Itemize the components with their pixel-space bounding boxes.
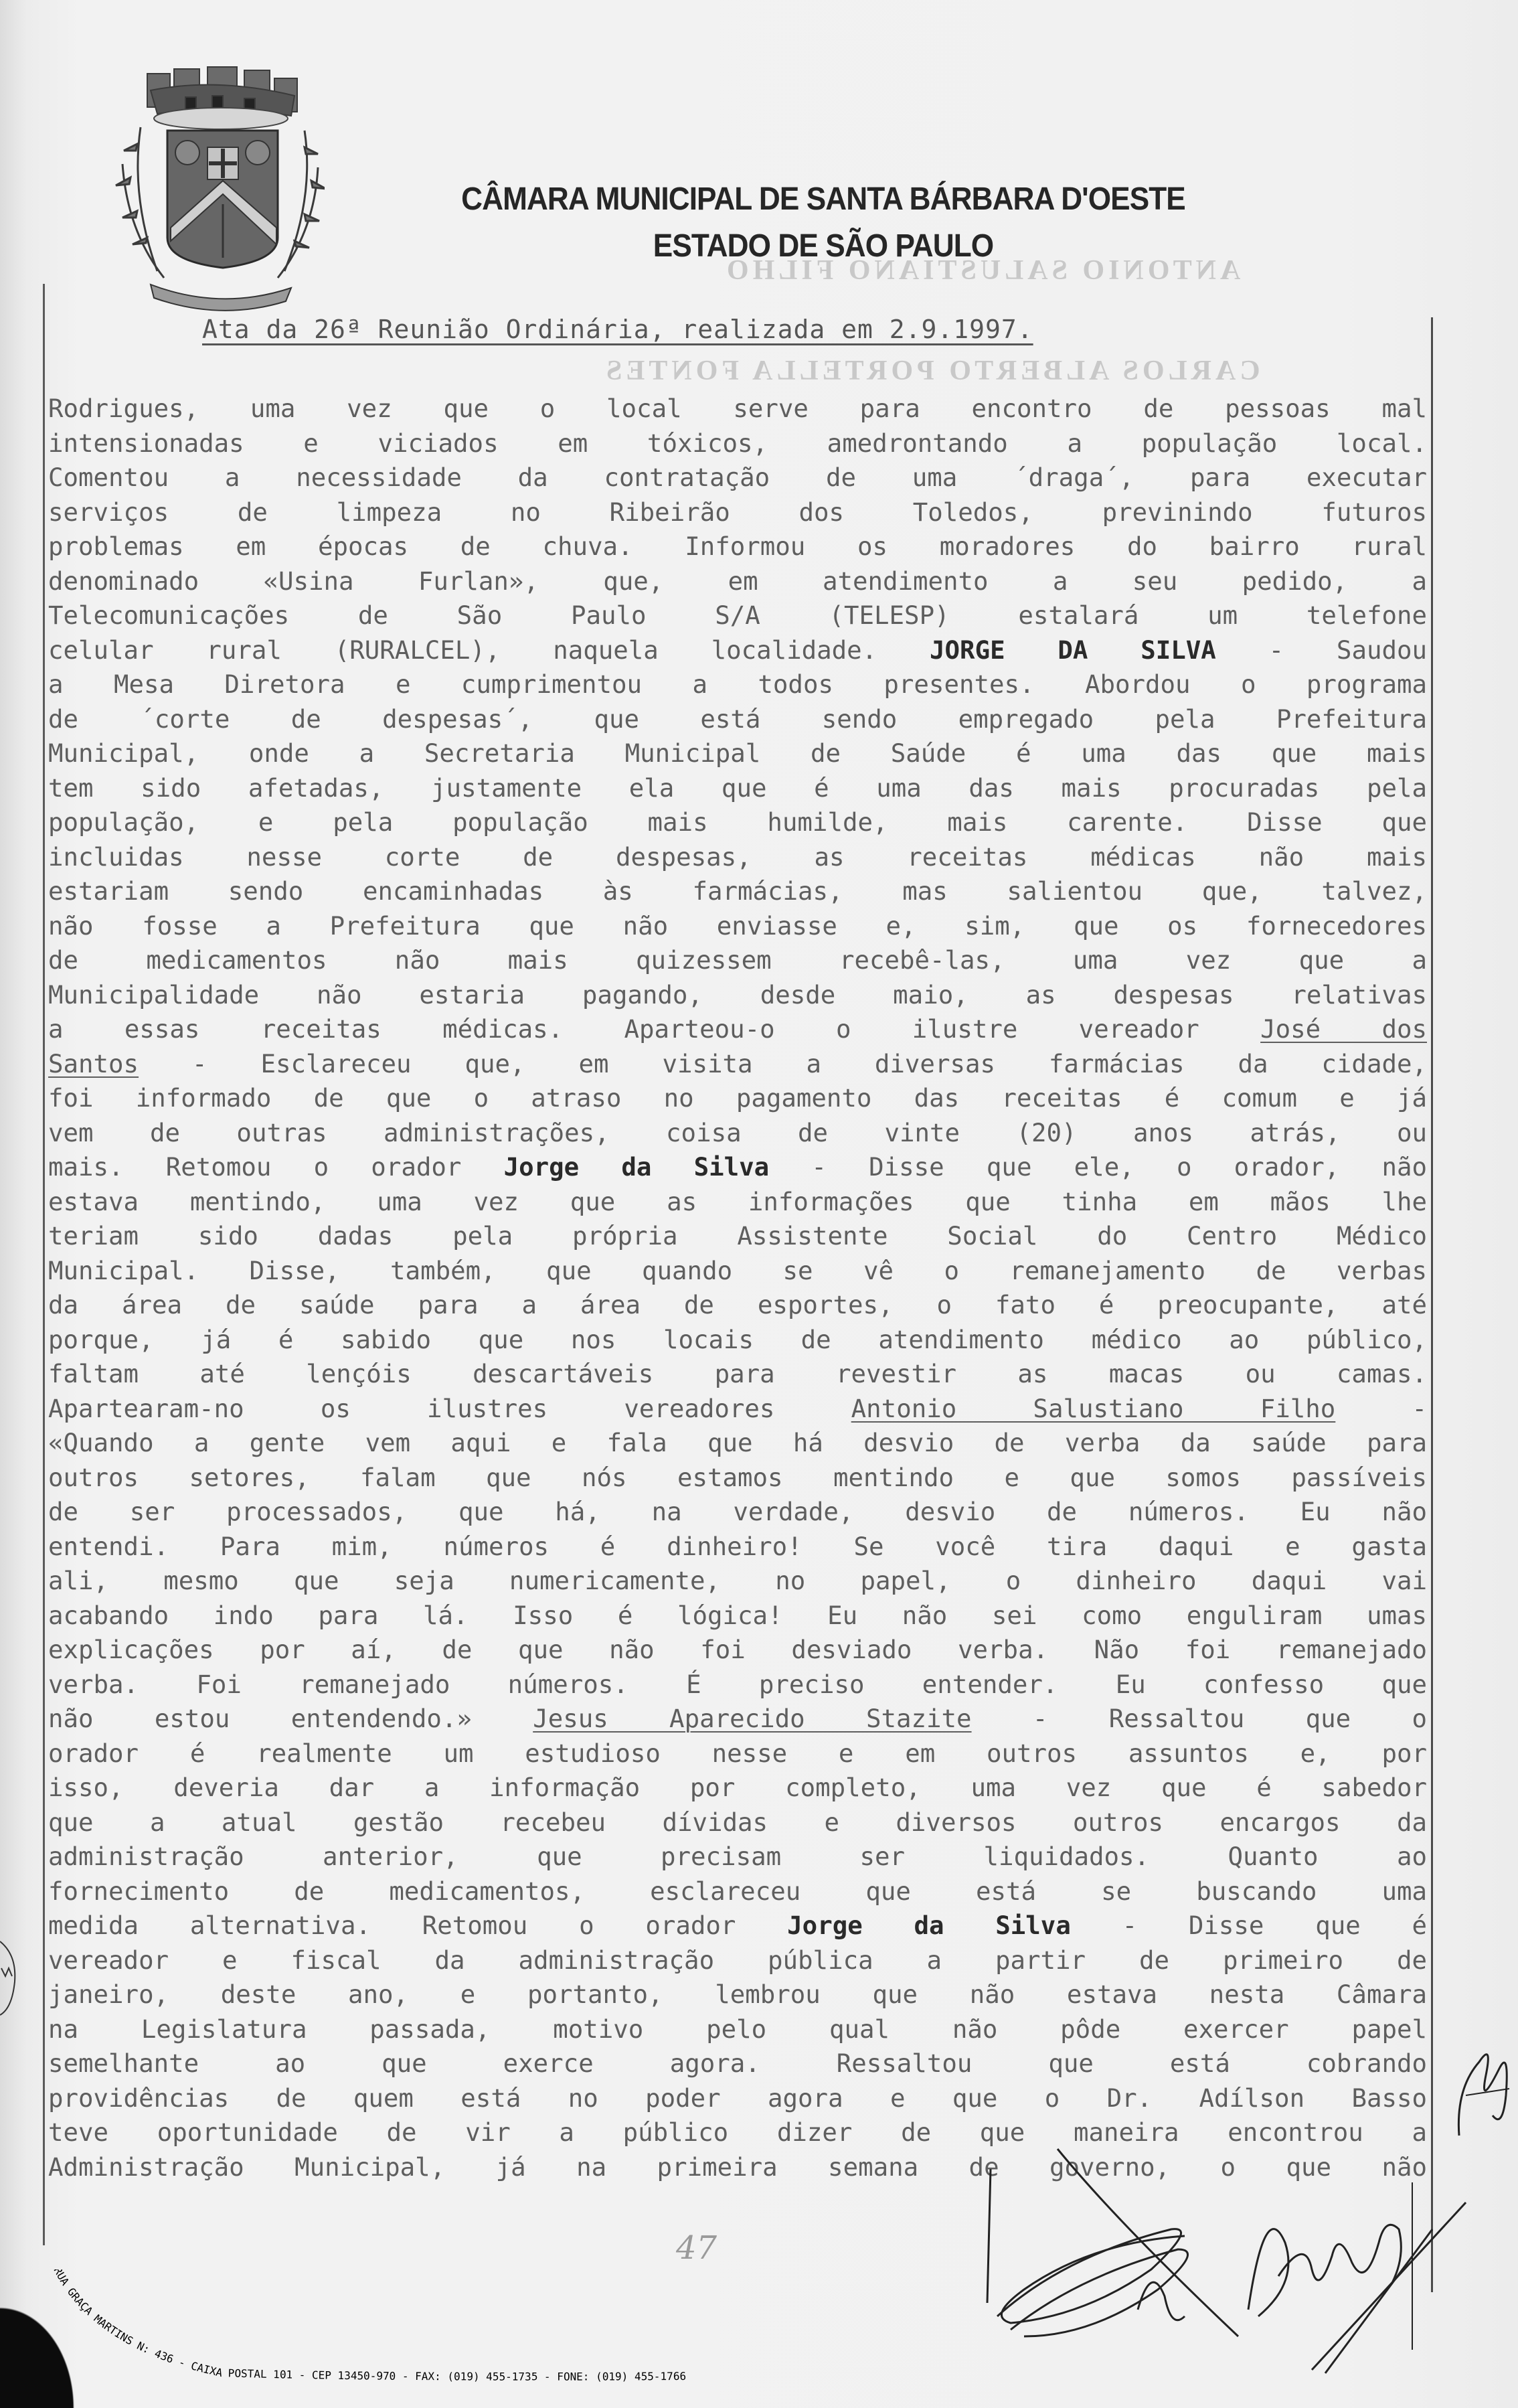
text-segment: vem de outras administrações, coisa de v…	[48, 1118, 1427, 1147]
text-segment: Municipal. Disse, também, que quando se …	[48, 1256, 1427, 1285]
text-line: outros setores, falam que nós estamos me…	[48, 1461, 1427, 1496]
text-segment: faltam até lençóis descartáveis para rev…	[48, 1359, 1427, 1388]
text-line: Telecomunicações de São Paulo S/A (TELES…	[48, 598, 1427, 633]
text-line: Santos - Esclareceu que, em visita a div…	[48, 1047, 1427, 1082]
text-segment: medida alternativa. Retomou o orador	[48, 1911, 787, 1940]
text-line: porque, já é sabido que nos locais de at…	[48, 1323, 1427, 1358]
coat-of-arms-icon	[110, 64, 325, 318]
councilor-name: Antonio Salustiano Filho	[851, 1394, 1336, 1423]
councilor-name: Santos	[48, 1049, 139, 1078]
text-line: celular rural (RURALCEL), naquela locali…	[48, 633, 1427, 668]
text-line: teriam sido dadas pela própria Assistent…	[48, 1219, 1427, 1254]
organization-name: CÂMARA MUNICIPAL DE SANTA BÁRBARA D'OEST…	[435, 181, 1211, 218]
text-line: Comentou a necessidade da contratação de…	[48, 461, 1427, 495]
text-line: ali, mesmo que seja numericamente, no pa…	[48, 1564, 1427, 1599]
footer-address-text: RUA GRAÇA MARTINS N: 436 - CAIXA POSTAL …	[54, 2269, 686, 2383]
text-segment: a essas receitas médicas. Aparteou-o o i…	[48, 1014, 1260, 1044]
text-segment: -	[1335, 1394, 1427, 1423]
text-line: de ser processados, que há, na verdade, …	[48, 1495, 1427, 1530]
text-line: Municipalidade não estaria pagando, desd…	[48, 978, 1427, 1013]
text-line: tem sido afetadas, justamente ela que é …	[48, 771, 1427, 806]
text-line: Rodrigues, uma vez que o local serve par…	[48, 392, 1427, 426]
text-line: vem de outras administrações, coisa de v…	[48, 1116, 1427, 1151]
document-title: Ata da 26ª Reunião Ordinária, realizada …	[202, 315, 1033, 344]
text-segment: - Disse que é	[1071, 1911, 1427, 1940]
text-segment: problemas em épocas de chuva. Informou o…	[48, 532, 1427, 561]
text-line: da área de saúde para a área de esportes…	[48, 1288, 1427, 1323]
text-line: população, e pela população mais humilde…	[48, 805, 1427, 840]
frame-border-left	[43, 284, 45, 2245]
text-line: foi informado de que o atraso no pagamen…	[48, 1081, 1427, 1116]
bleed-through-text: ANTONIO SALUSTIANO FILHO	[723, 254, 1240, 287]
text-segment: foi informado de que o atraso no pagamen…	[48, 1083, 1427, 1113]
text-segment: ali, mesmo que seja numericamente, no pa…	[48, 1566, 1427, 1595]
text-line: intensionadas e viciados em tóxicos, ame…	[48, 426, 1427, 461]
text-segment: teriam sido dadas pela própria Assistent…	[48, 1221, 1427, 1251]
text-segment: Municipal, onde a Secretaria Municipal d…	[48, 738, 1427, 768]
text-segment: acabando indo para lá. Isso é lógica! Eu…	[48, 1601, 1427, 1630]
text-segment: intensionadas e viciados em tóxicos, ame…	[48, 428, 1427, 458]
text-line: teve oportunidade de vir a público dizer…	[48, 2115, 1427, 2150]
text-line: mais. Retomou o orador Jorge da Silva - …	[48, 1150, 1427, 1185]
text-segment: isso, deveria dar a informação por compl…	[48, 1773, 1427, 1802]
text-line: não estou entendendo.» Jesus Aparecido S…	[48, 1702, 1427, 1737]
text-line: que a atual gestão recebeu dívidas e div…	[48, 1805, 1427, 1840]
text-line: de medicamentos não mais quizessem receb…	[48, 943, 1427, 978]
text-line: «Quando a gente vem aqui e fala que há d…	[48, 1426, 1427, 1461]
councilor-name: José dos	[1260, 1014, 1427, 1044]
speaker-name: Jorge da Silva	[504, 1152, 770, 1182]
text-line: vereador e fiscal da administração públi…	[48, 1943, 1427, 1978]
text-segment: Telecomunicações de São Paulo S/A (TELES…	[48, 600, 1427, 630]
text-line: não fosse a Prefeitura que não enviasse …	[48, 909, 1427, 944]
text-segment: orador é realmente um estudioso nesse e …	[48, 1739, 1427, 1768]
text-segment: tem sido afetadas, justamente ela que é …	[48, 773, 1427, 803]
text-segment: de medicamentos não mais quizessem receb…	[48, 945, 1427, 975]
text-segment: verba. Foi remanejado números. É preciso…	[48, 1670, 1427, 1699]
scan-corner-shadow	[0, 2281, 94, 2408]
councilor-name: Jesus Aparecido Stazite	[533, 1704, 971, 1733]
text-line: orador é realmente um estudioso nesse e …	[48, 1737, 1427, 1771]
footer-address: RUA GRAÇA MARTINS N: 436 - CAIXA POSTAL …	[54, 2269, 1459, 2403]
text-segment: denominado «Usina Furlan», que, em atend…	[48, 566, 1427, 596]
text-segment: outros setores, falam que nós estamos me…	[48, 1463, 1427, 1492]
text-line: fornecimento de medicamentos, esclareceu…	[48, 1874, 1427, 1909]
text-segment: Comentou a necessidade da contratação de…	[48, 463, 1427, 492]
text-segment: que a atual gestão recebeu dívidas e div…	[48, 1808, 1427, 1837]
bleed-through-text: CARLOS ALBERTO PORTELLA FONTES	[602, 355, 1260, 387]
text-line: incluidas nesse corte de despesas, as re…	[48, 840, 1427, 875]
text-segment: não fosse a Prefeitura que não enviasse …	[48, 911, 1427, 941]
text-segment: entendi. Para mim, números é dinheiro! S…	[48, 1532, 1427, 1561]
text-segment: incluidas nesse corte de despesas, as re…	[48, 842, 1427, 872]
text-line: isso, deveria dar a informação por compl…	[48, 1771, 1427, 1805]
speaker-name: Jorge da Silva	[787, 1911, 1071, 1940]
text-segment: de ´corte de despesas´, que está sendo e…	[48, 704, 1427, 734]
text-line: providências de quem está no poder agora…	[48, 2081, 1427, 2116]
text-line: Municipal, onde a Secretaria Municipal d…	[48, 736, 1427, 771]
text-segment: estariam sendo encaminhadas às farmácias…	[48, 876, 1427, 906]
text-line: Administração Municipal, já na primeira …	[48, 2150, 1427, 2185]
text-segment: - Disse que ele, o orador, não	[769, 1152, 1427, 1182]
speaker-name: JORGE DA SILVA	[930, 635, 1216, 665]
text-line: a essas receitas médicas. Aparteou-o o i…	[48, 1012, 1427, 1047]
text-line: faltam até lençóis descartáveis para rev…	[48, 1357, 1427, 1392]
text-segment: celular rural (RURALCEL), naquela locali…	[48, 635, 930, 665]
text-segment: providências de quem está no poder agora…	[48, 2083, 1427, 2113]
minutes-body-text: Rodrigues, uma vez que o local serve par…	[48, 392, 1440, 2184]
text-segment: Rodrigues, uma vez que o local serve par…	[48, 394, 1427, 423]
text-line: semelhante ao que exerce agora. Ressalto…	[48, 2046, 1427, 2081]
text-line: de ´corte de despesas´, que está sendo e…	[48, 702, 1427, 737]
text-line: medida alternativa. Retomou o orador Jor…	[48, 1909, 1427, 1943]
text-line: serviços de limpeza no Ribeirão dos Tole…	[48, 495, 1427, 530]
text-line: janeiro, deste ano, e portanto, lembrou …	[48, 1978, 1427, 2012]
text-segment: a Mesa Diretora e cumprimentou a todos p…	[48, 669, 1427, 699]
text-line: estava mentindo, uma vez que as informaç…	[48, 1185, 1427, 1220]
handwritten-page-number: 47	[676, 2229, 717, 2267]
text-line: problemas em épocas de chuva. Informou o…	[48, 530, 1427, 564]
text-segment: população, e pela população mais humilde…	[48, 807, 1427, 837]
text-segment: de ser processados, que há, na verdade, …	[48, 1497, 1427, 1526]
text-segment: vereador e fiscal da administração públi…	[48, 1945, 1427, 1975]
text-segment: administração anterior, que precisam ser…	[48, 1842, 1427, 1871]
text-segment: mais. Retomou o orador	[48, 1152, 504, 1182]
text-segment: não estou entendendo.»	[48, 1704, 533, 1733]
text-segment: teve oportunidade de vir a público dizer…	[48, 2117, 1427, 2147]
text-line: denominado «Usina Furlan», que, em atend…	[48, 564, 1427, 599]
text-segment: na Legislatura passada, motivo pelo qual…	[48, 2014, 1427, 2044]
text-line: estariam sendo encaminhadas às farmácias…	[48, 874, 1427, 909]
text-segment: semelhante ao que exerce agora. Ressalto…	[48, 2049, 1427, 2078]
text-segment: janeiro, deste ano, e portanto, lembrou …	[48, 1980, 1427, 2009]
text-line: administração anterior, que precisam ser…	[48, 1840, 1427, 1874]
text-segment: explicações por aí, de que não foi desvi…	[48, 1635, 1427, 1664]
text-segment: porque, já é sabido que nos locais de at…	[48, 1325, 1427, 1354]
text-segment: da área de saúde para a área de esportes…	[48, 1290, 1427, 1319]
text-segment: serviços de limpeza no Ribeirão dos Tole…	[48, 497, 1427, 527]
text-segment: estava mentindo, uma vez que as informaç…	[48, 1187, 1427, 1216]
text-line: acabando indo para lá. Isso é lógica! Eu…	[48, 1599, 1427, 1633]
text-segment: Apartearam-no os ilustres vereadores	[48, 1394, 851, 1423]
text-line: entendi. Para mim, números é dinheiro! S…	[48, 1530, 1427, 1564]
text-line: na Legislatura passada, motivo pelo qual…	[48, 2012, 1427, 2047]
text-segment: fornecimento de medicamentos, esclareceu…	[48, 1876, 1427, 1906]
text-segment: Administração Municipal, já na primeira …	[48, 2152, 1427, 2182]
text-line: verba. Foi remanejado números. É preciso…	[48, 1668, 1427, 1702]
text-line: Apartearam-no os ilustres vereadores Ant…	[48, 1392, 1427, 1427]
text-segment: - Saudou	[1216, 635, 1427, 665]
text-segment: - Esclareceu que, em visita a diversas f…	[139, 1049, 1427, 1078]
text-line: Municipal. Disse, também, que quando se …	[48, 1254, 1427, 1289]
text-segment: - Ressaltou que o	[972, 1704, 1427, 1733]
text-line: explicações por aí, de que não foi desvi…	[48, 1633, 1427, 1668]
text-line: a Mesa Diretora e cumprimentou a todos p…	[48, 667, 1427, 702]
text-segment: «Quando a gente vem aqui e fala que há d…	[48, 1428, 1427, 1457]
text-segment: Municipalidade não estaria pagando, desd…	[48, 980, 1427, 1010]
